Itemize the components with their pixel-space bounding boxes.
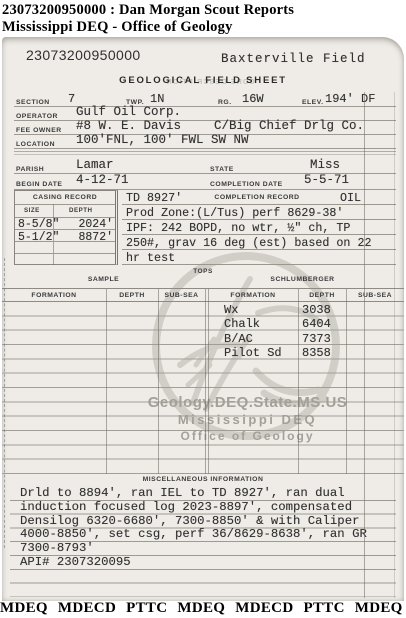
schlumberger-section-label: SCHLUMBERGER <box>205 276 400 283</box>
gravity-text: 250#, grav 16 deg (est) based on 22 <box>126 236 371 250</box>
fee-owner-contractor: C/Big Chief Drlg Co. <box>214 119 364 133</box>
casing-depth-header: DEPTH <box>69 207 92 214</box>
formation-top-depth: 3038 <box>302 303 331 317</box>
column-divider <box>158 289 159 302</box>
state-label: STATE <box>210 166 234 173</box>
completion-line: Prod Zone:(L/Tus) perf 8629-38' <box>122 205 396 220</box>
misc-line: 7300-8793' <box>20 542 367 556</box>
binder-edge-dashes <box>4 258 5 548</box>
rg-value: 16W <box>242 92 264 106</box>
completion-record-title: COMPLETION RECORD <box>182 194 332 201</box>
product-type-value: OIL <box>340 191 361 205</box>
tops-title: TOPS <box>0 268 406 275</box>
location-value: 100'FNL, 100' FWL SW NW <box>76 133 249 147</box>
right-margin-rule <box>364 92 365 598</box>
completion-record-section: TD 8927' COMPLETION RECORD OIL Prod Zone… <box>122 190 396 265</box>
schlumberger-subsea-header: SUB-SEA <box>346 292 404 299</box>
ipf-text: IPF: 242 BOPD, no wtr, ½" ch, TP <box>126 221 350 235</box>
spacer-rule-2 <box>14 154 396 155</box>
column-divider <box>205 302 206 474</box>
formation-top-depth: 7373 <box>302 332 331 346</box>
completion-date-label: COMPLETION DATE <box>210 181 283 188</box>
footer-sponsor-strip: MDEQ MDECD PTTC MDEQ MDECD PTTC MDEQ MDE… <box>0 600 406 618</box>
parish-value: Lamar <box>76 158 114 172</box>
misc-line: Densilog 6320-6680', 7300-8850' & with C… <box>20 515 367 529</box>
section-label: SECTION <box>16 99 50 106</box>
scout-report-page: 23073200950000 : Dan Morgan Scout Report… <box>0 0 406 618</box>
agency-title-line: Mississippi DEQ - Office of Geology <box>2 19 233 36</box>
column-divider <box>205 289 206 302</box>
casing-record-table: CASING RECORD SIZE DEPTH 8-5/8" 2024' 5-… <box>14 190 118 265</box>
column-divider <box>298 302 299 474</box>
tops-column-header-row: FORMATION DEPTH SUB-SEA FORMATION DEPTH … <box>2 288 404 302</box>
completion-line: 250#, grav 16 deg (est) based on 22 <box>122 235 396 250</box>
formation-top-depth: 8358 <box>302 346 331 360</box>
column-divider <box>208 302 209 474</box>
column-divider <box>106 289 107 302</box>
operator-value: Gulf Oil Corp. <box>76 105 181 119</box>
formation-top-name: Chalk <box>224 317 260 331</box>
misc-line: 4000-8850', set csg, perf 36/8629-8638',… <box>20 528 367 542</box>
location-underline <box>14 148 396 149</box>
column-divider <box>298 289 299 302</box>
prod-zone-text: Prod Zone:(L/Tus) perf 8629-38' <box>126 206 343 220</box>
begin-date-label: BEGIN DATE <box>16 181 62 188</box>
elev-label: ELEV. <box>302 99 324 106</box>
column-divider <box>208 289 209 302</box>
column-divider <box>346 289 347 302</box>
state-value: Miss <box>310 158 340 172</box>
misc-info-title: MISCELLANEOUS INFORMATION <box>0 476 406 483</box>
casing-row-rule <box>15 241 115 242</box>
schlumberger-depth-header: DEPTH <box>298 292 346 299</box>
casing-title-rule <box>15 204 115 205</box>
begin-date-value: 4-12-71 <box>76 173 129 187</box>
twp-value: 1N <box>150 92 164 106</box>
column-divider <box>346 302 347 474</box>
completion-line: IPF: 242 BOPD, no wtr, ½" ch, TP <box>122 220 396 235</box>
casing-record-title: CASING RECORD <box>15 194 115 201</box>
section-value: 7 <box>68 92 75 106</box>
misc-line: induction focused log 2023-8897', compen… <box>20 501 367 515</box>
misc-line: Drld to 8894', ran IEL to TD 8927', ran … <box>20 487 367 501</box>
column-divider <box>106 302 107 474</box>
tops-table-grid <box>2 302 404 474</box>
completion-line: hr test <box>122 250 396 265</box>
operator-label: OPERATOR <box>16 113 58 120</box>
formation-top-depth: 6404 <box>302 317 331 331</box>
field-name: Baxterville Field <box>221 52 366 66</box>
survey-underline <box>14 106 396 107</box>
doc-number: 23073200950000 <box>26 47 141 63</box>
misc-info-text: Drld to 8894', ran IEL to TD 8927', ran … <box>20 487 367 570</box>
parish-label: PARISH <box>16 166 44 173</box>
sheet-title: GEOLOGICAL FIELD SHEET <box>0 75 406 86</box>
formation-top-name: B/AC <box>224 332 253 346</box>
sample-formation-header: FORMATION <box>2 292 106 299</box>
card-edge-rule <box>394 92 395 598</box>
test-duration-text: hr test <box>126 251 175 265</box>
rg-label: RG. <box>218 99 232 106</box>
fee-owner-value: #8 W. E. Davis <box>76 119 181 133</box>
sample-depth-header: DEPTH <box>106 292 158 299</box>
elev-value: 194' DF <box>325 92 375 106</box>
report-title-line: 23073200950000 : Dan Morgan Scout Report… <box>2 2 294 19</box>
completion-date-value: 5-5-71 <box>304 173 349 187</box>
sample-section-label: SAMPLE <box>2 276 205 283</box>
fee-owner-label: FEE OWNER <box>16 127 62 134</box>
misc-line: API# 2307320095 <box>20 556 367 570</box>
formation-top-name: Pilot Sd <box>224 346 282 360</box>
sample-subsea-header: SUB-SEA <box>158 292 205 299</box>
casing-row-rule <box>15 253 115 254</box>
location-label: LOCATION <box>16 141 55 148</box>
total-depth-value: TD 8927' <box>126 191 182 205</box>
completion-line: TD 8927' COMPLETION RECORD OIL <box>122 190 396 205</box>
formation-top-name: Wx <box>224 303 238 317</box>
spacer-rule-1 <box>14 151 396 152</box>
schlumberger-formation-header: FORMATION <box>208 292 298 299</box>
casing-size-header: SIZE <box>24 207 40 214</box>
column-divider <box>158 302 159 474</box>
